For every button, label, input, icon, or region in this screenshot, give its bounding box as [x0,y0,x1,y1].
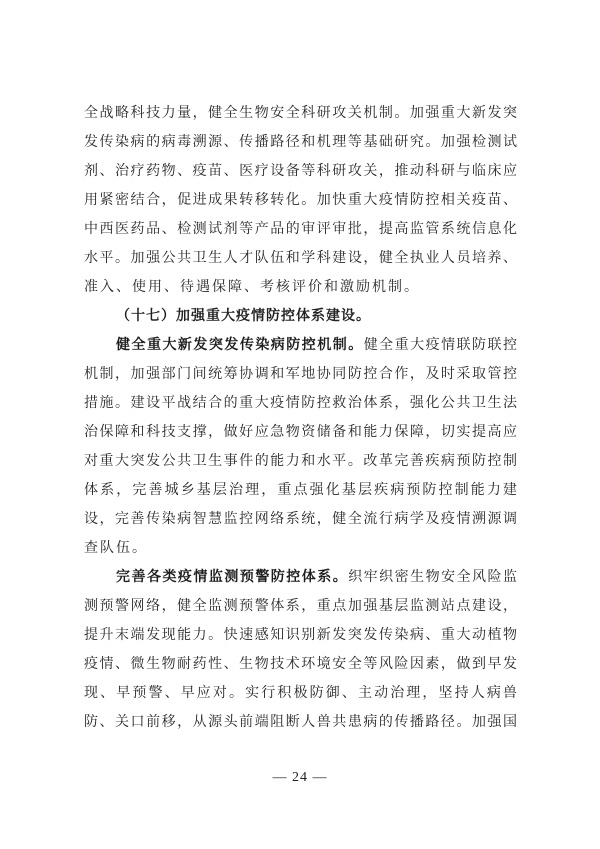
document-page: 全战略科技力量，健全生物安全科研攻关机制。加强重大新发突 发传染病的病毒溯源、传… [0,0,600,849]
line-text: 健全重大疫情联防联控 [364,338,517,353]
line-text: 中西医药品、检测试剂等产品的审评审批，提高监管系统信息化 [84,222,517,237]
text-line: 提升末端发现能力。快速感知识别新发突发传染病、重大动植物 [84,621,517,650]
text-line: 全战略科技力量，健全生物安全科研攻关机制。加强重大新发突 [84,99,517,128]
line-text: 水平。加强公共卫生人才队伍和学科建设，健全执业人员培养、 [84,251,517,266]
line-text: 测预警网络，健全监测预警体系，重点加强基层监测站点建设， [84,599,517,614]
line-text: 措施。建设平战结合的重大疫情防控救治体系，强化公共卫生法 [84,396,517,411]
text-line: 剂、治疗药物、疫苗、医疗设备等科研攻关，推动科研与临床应 [84,157,517,186]
text-line: 发传染病的病毒溯源、传播路径和机理等基础研究。加强检测试 [84,128,517,157]
bold-lead-text: 健全重大新发突发传染病防控机制。 [116,338,364,353]
paragraph-first-line: 健全重大新发突发传染病防控机制。健全重大疫情联防联控 [84,331,517,360]
line-text: 机制，加强部门间统筹协调和军地协同防控合作，及时采取管控 [84,367,517,382]
text-line: 测预警网络，健全监测预警体系，重点加强基层监测站点建设， [84,592,517,621]
line-text: 体系，完善城乡基层治理，重点强化基层疾病预防控制能力建 [84,483,517,498]
line-text: 查队伍。 [84,541,148,556]
line-text: 防、关口前移，从源头前端阻断人兽共患病的传播路径。加强国 [84,715,517,730]
text-line: 治保障和科技支撑，做好应急物资储备和能力保障，切实提高应 [84,418,517,447]
bold-lead-text: 完善各类疫情监测预警防控体系。 [116,570,348,585]
line-text: 设，完善传染病智慧监控网络系统，健全流行病学及疫情溯源调 [84,512,517,527]
text-line: 防、关口前移，从源头前端阻断人兽共患病的传播路径。加强国 [84,708,517,737]
line-text: 治保障和科技支撑，做好应急物资储备和能力保障，切实提高应 [84,425,517,440]
paragraph-first-line: 完善各类疫情监测预警防控体系。织牢织密生物安全风险监 [84,563,517,592]
section-heading: （十七）加强重大疫情防控体系建设。 [84,302,517,331]
text-line: 用紧密结合，促进成果转移转化。加快重大疫情防控相关疫苗、 [84,186,517,215]
text-line: 现、早预警、早应对。实行积极防御、主动治理，坚持人病兽 [84,679,517,708]
document-text-block: 全战略科技力量，健全生物安全科研攻关机制。加强重大新发突 发传染病的病毒溯源、传… [84,99,517,737]
text-line: 水平。加强公共卫生人才队伍和学科建设，健全执业人员培养、 [84,244,517,273]
paragraph-end-line: 准入、使用、待遇保障、考核评价和激励机制。 [84,273,517,302]
line-text: 准入、使用、待遇保障、考核评价和激励机制。 [84,280,420,295]
line-text: 织牢织密生物安全风险监 [348,570,517,585]
text-line: 体系，完善城乡基层治理，重点强化基层疾病预防控制能力建 [84,476,517,505]
line-text: 现、早预警、早应对。实行积极防御、主动治理，坚持人病兽 [84,686,517,701]
text-line: 中西医药品、检测试剂等产品的审评审批，提高监管系统信息化 [84,215,517,244]
paragraph-end-line: 查队伍。 [84,534,517,563]
text-line: 机制，加强部门间统筹协调和军地协同防控合作，及时采取管控 [84,360,517,389]
line-text: 疫情、微生物耐药性、生物技术环境安全等风险因素，做到早发 [84,657,517,672]
page-number: — 24 — [0,763,600,792]
line-text: 发传染病的病毒溯源、传播路径和机理等基础研究。加强检测试 [84,135,517,150]
line-text: 全战略科技力量，健全生物安全科研攻关机制。加强重大新发突 [84,106,517,121]
heading-text: （十七）加强重大疫情防控体系建设。 [116,309,371,324]
line-text: 用紧密结合，促进成果转移转化。加快重大疫情防控相关疫苗、 [84,193,517,208]
line-text: 剂、治疗药物、疫苗、医疗设备等科研攻关，推动科研与临床应 [84,164,517,179]
text-line: 设，完善传染病智慧监控网络系统，健全流行病学及疫情溯源调 [84,505,517,534]
text-line: 措施。建设平战结合的重大疫情防控救治体系，强化公共卫生法 [84,389,517,418]
line-text: 提升末端发现能力。快速感知识别新发突发传染病、重大动植物 [84,628,517,643]
text-line: 疫情、微生物耐药性、生物技术环境安全等风险因素，做到早发 [84,650,517,679]
text-line: 对重大突发公共卫生事件的能力和水平。改革完善疾病预防控制 [84,447,517,476]
line-text: 对重大突发公共卫生事件的能力和水平。改革完善疾病预防控制 [84,454,517,469]
